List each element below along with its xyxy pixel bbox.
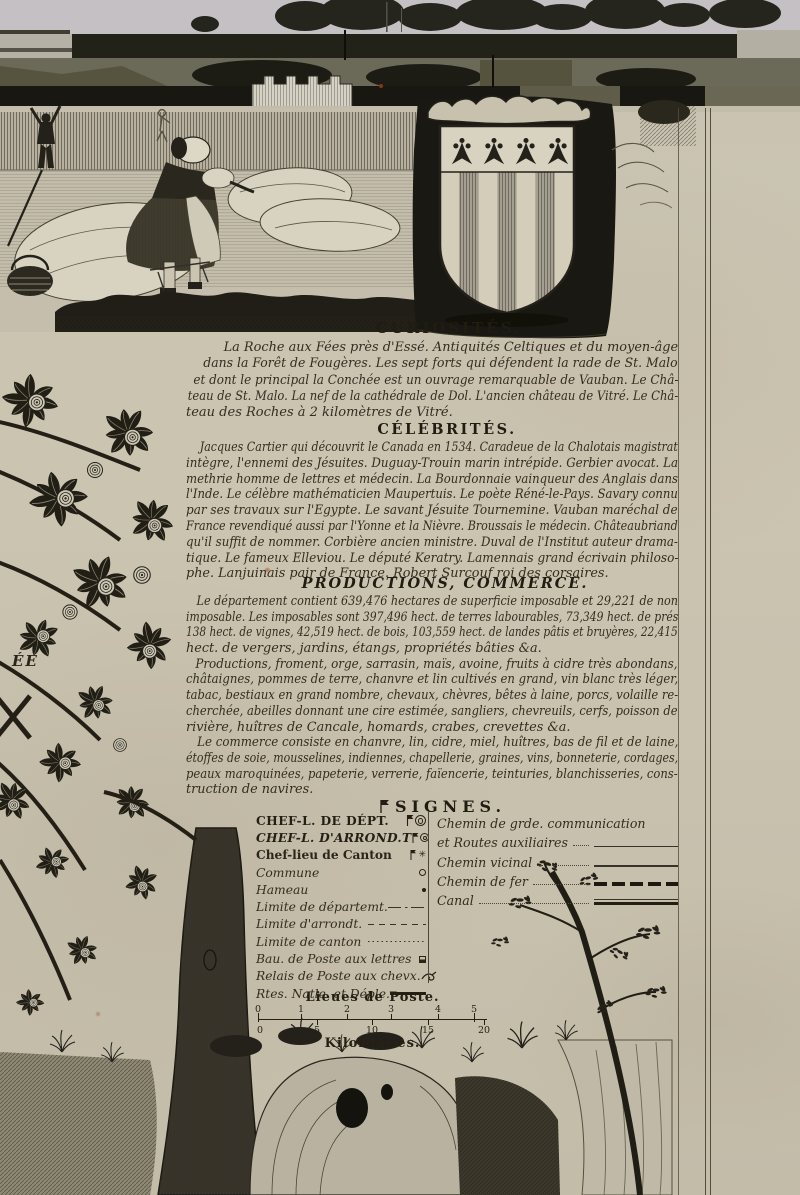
double-line-icon [594,844,678,848]
canal-line-icon [594,899,678,905]
text-line: France revendiqué aussi par l'Yonne et l… [186,519,612,535]
legend-row-routes-auxiliaires: et Routes auxiliaires [437,831,678,850]
open-circle-icon [419,869,427,877]
flag-icon [409,849,418,861]
page-border-double-rule-outer [705,108,706,1195]
canton-symbol: ✳ [409,849,426,861]
shield [440,126,574,313]
text-line: par ses travaux sur l'Egypte. Le savant … [186,503,648,519]
dotted-leader [533,884,589,885]
post-office-square-icon [419,956,426,963]
text-line: methrie homme de lettres et médecin. La … [186,472,635,488]
text-line: l'Inde. Le célèbre mathématicien Maupert… [186,487,633,503]
km-tick-label: 5 [314,1025,320,1036]
section-curiosites: CURIOSITÉS. La Roche aux Fées près d'Ess… [186,319,678,421]
text-line: imposable. Les imposables sont 397,496 h… [186,610,601,626]
flag-icon [411,832,420,844]
legend-row-limite-arrondissement: Limite d'arrondt. [256,916,426,933]
dotted-leader [537,865,589,866]
prefecture-symbol [405,814,426,827]
text-line: qu'il suffit de nommer. Corbière ancien … [186,535,639,551]
basket [7,256,53,296]
text-line: dans la Forêt de Fougères. Les sept fort… [186,356,657,372]
flag-icon [405,814,415,827]
text-line: Le département contient 639,476 hectares… [186,594,617,610]
legend-row-relais-poste: Relais de Poste aux chevx. [256,968,426,985]
thin-line-icon [594,865,678,866]
curiosites-heading: CURIOSITÉS. [186,319,678,340]
text-line: teau des Roches à 2 kilomètres de Vitré. [186,405,678,421]
legend-row-canal: Canal [437,889,678,908]
background-figure [157,110,170,142]
cut-letter-fragment [0,696,30,738]
scale-kilometres-label: Kilomètres. [255,1036,490,1051]
legend-row-commune: Commune [256,864,426,881]
km-tick-label: 15 [422,1025,434,1036]
legend-left-column: CHEF-L. DE DÉPT. CHEF-L. D'ARROND.T Chef… [256,812,426,1002]
harvester-man [31,106,60,168]
text-line: rivière, huîtres de Cancale, homards, cr… [186,720,678,736]
legend-right-column: Chemin de grde. communication et Routes … [437,812,678,908]
section-celebrites: CÉLÉBRITÉS. Jacques Cartier qui découvri… [186,421,678,582]
scanned-atlas-page: ÉE CURIOSITÉS. La Roche aux Fées près d'… [0,0,800,1195]
text-line: hect. de vergers, jardins, étangs, propr… [186,641,678,657]
text-line: étoffes de soie, mousselines, indiennes,… [186,751,608,767]
text-line: Le commerce consiste en chanvre, lin, ci… [186,735,641,751]
text-line: intègre, l'ennemi des Jésuites. Duguay-T… [186,456,642,472]
dotted-leader [479,903,589,904]
apple-branch [0,368,184,1019]
legend-row-chemin-de-fer: Chemin de fer [437,870,678,889]
text-line: cherchée, abeilles donnant une cire esti… [186,704,629,720]
glitch-scan-band [0,0,800,112]
text-line: teau de St. Malo. La nef de la cathédral… [186,389,623,405]
foxing-speck [96,1012,100,1016]
legend-row-canton: Chef-lieu de Canton ✳ [256,847,426,864]
heraldic-scroll [428,96,591,124]
dash-dot-line-icon [388,907,426,908]
legend-row-hameau: Hameau [256,881,426,898]
celebrites-heading: CÉLÉBRITÉS. [186,421,678,440]
km-tick-label: 20 [478,1025,490,1036]
dashed-line-icon [368,924,426,925]
legend-row-limite-departement: Limite de départemt. [256,898,426,915]
legend-row-chemin-vicinal: Chemin vicinal [437,850,678,869]
legend-row-limite-canton: Limite de canton [256,933,426,950]
text-line: Productions, froment, orge, sarrasin, ma… [186,657,644,673]
subprefecture-symbol [411,832,429,844]
left-edge-text-fragment: ÉE [12,652,39,670]
harvest-scene [0,106,448,332]
page-border-rule [678,108,679,1195]
legend-divider [428,811,429,983]
text-line: La Roche aux Fées près d'Essé. Antiquité… [186,340,673,356]
double-circle-icon [415,815,426,826]
productions-heading: PRODUCTIONS, COMMERCE. [186,575,678,594]
text-line: tique. Le fameux Elleviou. Le député Ker… [186,551,650,567]
page-border-double-rule-inner [710,108,711,1195]
legend-row-subprefecture: CHEF-L. D'ARROND.T [256,829,426,846]
legend-row-prefecture: CHEF-L. DE DÉPT. [256,812,426,829]
text-line: et dont le principal la Conchée est un o… [186,373,639,389]
gleaning-woman [126,137,254,295]
km-tick-label: 10 [366,1025,378,1036]
text-line: Jacques Cartier qui découvrit le Canada … [186,440,610,456]
legend-row-grande-communication: Chemin de grde. communication [437,812,678,831]
dotted-leader [573,845,589,846]
legend-row-bureau-poste: Bau. de Poste aux lettres [256,950,426,967]
dotted-line-icon [368,941,426,942]
railroad-line-icon [594,882,678,886]
right-bushes [612,100,696,208]
coat-of-arms-panel [413,96,616,338]
km-tick-label: 0 [257,1025,263,1036]
scale-lieues-label: Lieues de Poste. [255,990,490,1005]
text-line: truction de navires. [186,782,678,798]
text-line: 138 hect. de vignes, 42,519 hect. de boi… [186,625,591,641]
star-icon: ✳ [418,851,426,860]
text-line: châtaignes, pommes de terre, chanvre et … [186,672,634,688]
section-productions-commerce: PRODUCTIONS, COMMERCE. Le département co… [186,575,678,798]
text-line: tabac, bestiaux en grand nombre, chevaux… [186,688,629,704]
text-line: peaux maroquinées, papeterie, verrerie, … [186,767,630,783]
dot-icon [422,888,427,893]
